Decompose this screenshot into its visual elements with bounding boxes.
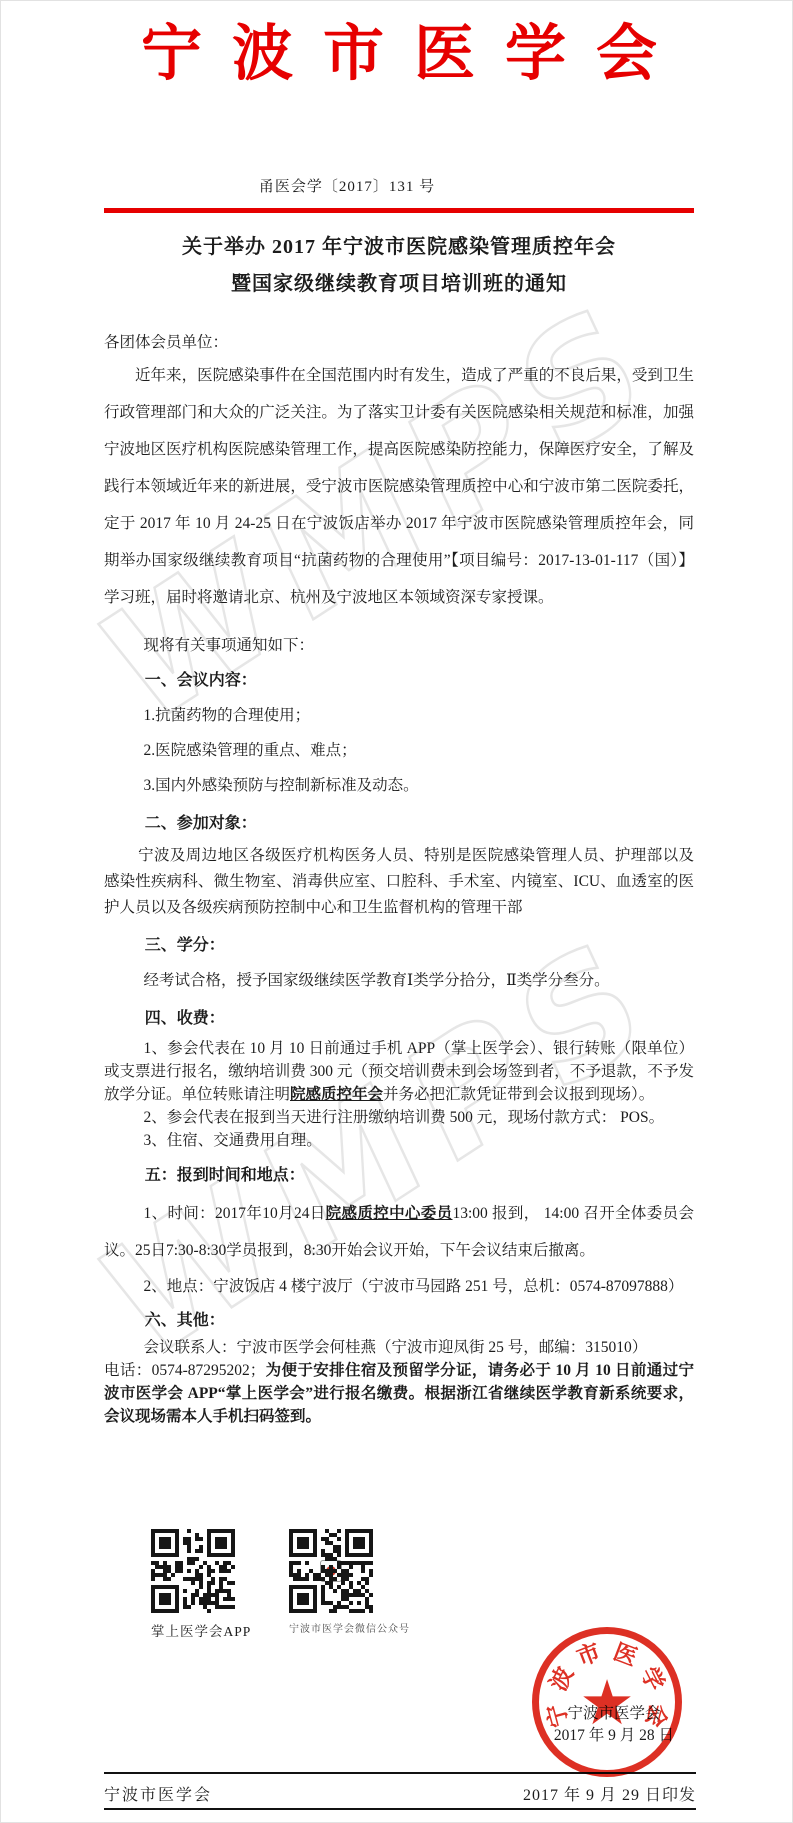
- section-5-item-1-emphasis: 院感质控中心委员: [326, 1205, 453, 1222]
- official-seal: ★ 宁波市医学会: [532, 1627, 682, 1777]
- qr-finder-icon: [151, 1585, 179, 1613]
- section-1-item-3: 3.国内外感染预防与控制新标准及动态。: [104, 775, 694, 797]
- qr-app-block: 掌上医学会APP: [151, 1529, 235, 1640]
- footer-rule-bottom: [104, 1808, 696, 1810]
- salutation: 各团体会员单位：: [104, 332, 694, 353]
- doc-number: 甬医会学〔2017〕131 号: [52, 175, 642, 196]
- section-5-item-1-text: 1、时间：2017年10月24日: [144, 1205, 326, 1222]
- notice-title-line2: 暨国家级继续教育项目培训班的通知: [104, 266, 694, 303]
- section-5-heading: 五：报到时间和地点：: [104, 1165, 694, 1187]
- section-4-item-2: 2、参会代表在报到当天进行注册缴纳培训费 500 元，现场付款方式： POS。: [104, 1106, 694, 1129]
- notice-title-line1: 关于举办 2017 年宁波市医院感染管理质控年会: [104, 229, 694, 266]
- section-2-body: 宁波及周边地区各级医疗机构医务人员、特别是医院感染管理人员、护理部以及感染性疾病…: [104, 843, 694, 921]
- qr-finder-icon: [289, 1529, 317, 1557]
- section-5-item-2: 2、地点：宁波饭店 4 楼宁波厅（宁波市马园路 251 号，总机：0574-87…: [104, 1275, 694, 1298]
- qr-code-app: [151, 1529, 235, 1613]
- section-6-heading: 六、其他：: [104, 1310, 694, 1332]
- section-4-item-1: 1、参会代表在 10 月 10 日前通过手机 APP（掌上医学会）、银行转账（限…: [104, 1037, 694, 1106]
- section-6-contact: 会议联系人：宁波市医学会何桂燕（宁波市迎凤街 25 号，邮编：315010）: [104, 1336, 694, 1359]
- qr-finder-icon: [289, 1585, 317, 1613]
- section-3-body: 经考试合格，授予国家级继续医学教育Ⅰ类学分拾分，Ⅱ类学分叁分。: [104, 969, 694, 992]
- qr-wechat-block: 宁波市医学会微信公众号: [289, 1529, 377, 1635]
- qr-code-wechat: [289, 1529, 373, 1613]
- qr-finder-icon: [151, 1529, 179, 1557]
- seal-star-icon: ★: [579, 1671, 635, 1733]
- section-6-phone: 电话：0574-87295202；: [104, 1362, 265, 1379]
- org-title: 宁波市医学会: [104, 11, 694, 99]
- section-6-notes: 电话：0574-87295202；为便于安排住宿及预留学分证，请务必于 10 月…: [104, 1359, 694, 1428]
- section-5-item-1: 1、时间：2017年10月24日院感质控中心委员13:00 报到， 14:00 …: [104, 1195, 694, 1269]
- red-divider: [104, 208, 694, 213]
- section-2-heading: 二、参加对象：: [104, 813, 694, 835]
- section-1-item-2: 2.医院感染管理的重点、难点；: [104, 740, 694, 762]
- intro-paragraph: 近年来，医院感染事件在全国范围内时有发生，造成了严重的不良后果，受到卫生行政管理…: [104, 357, 694, 616]
- section-4-heading: 四、收费：: [104, 1008, 694, 1030]
- section-4-item-1-emphasis: 院感质控年会: [290, 1086, 383, 1103]
- footer-row: 宁波市医学会 2017 年 9 月 29 日印发: [104, 1782, 696, 1805]
- qr-wechat-label: 宁波市医学会微信公众号: [289, 1620, 377, 1635]
- document-content: 宁波市医学会 甬医会学〔2017〕131 号 关于举办 2017 年宁波市医院感…: [1, 1, 792, 1428]
- notice-lead: 现将有关事项通知如下：: [104, 635, 694, 656]
- qr-app-label: 掌上医学会APP: [151, 1620, 235, 1640]
- section-4-item-1-rest: 并务必把汇款凭证带到会议报到现场）。: [383, 1086, 654, 1103]
- footer-print-date: 2017 年 9 月 29 日印发: [523, 1782, 696, 1805]
- notice-title: 关于举办 2017 年宁波市医院感染管理质控年会 暨国家级继续教育项目培训班的通…: [104, 229, 694, 303]
- section-3-heading: 三、学分：: [104, 935, 694, 957]
- document-page: WMPS WMPS 宁波市医学会 甬医会学〔2017〕131 号 关于举办 20…: [0, 0, 793, 1823]
- qr-finder-icon: [207, 1529, 235, 1557]
- section-1-heading: 一、会议内容：: [104, 670, 694, 692]
- section-4-item-3: 3、住宿、交通费用自理。: [104, 1129, 694, 1152]
- footer-issuer: 宁波市医学会: [104, 1782, 212, 1805]
- qr-finder-icon: [345, 1529, 373, 1557]
- section-1-item-1: 1.抗菌药物的合理使用；: [104, 705, 694, 727]
